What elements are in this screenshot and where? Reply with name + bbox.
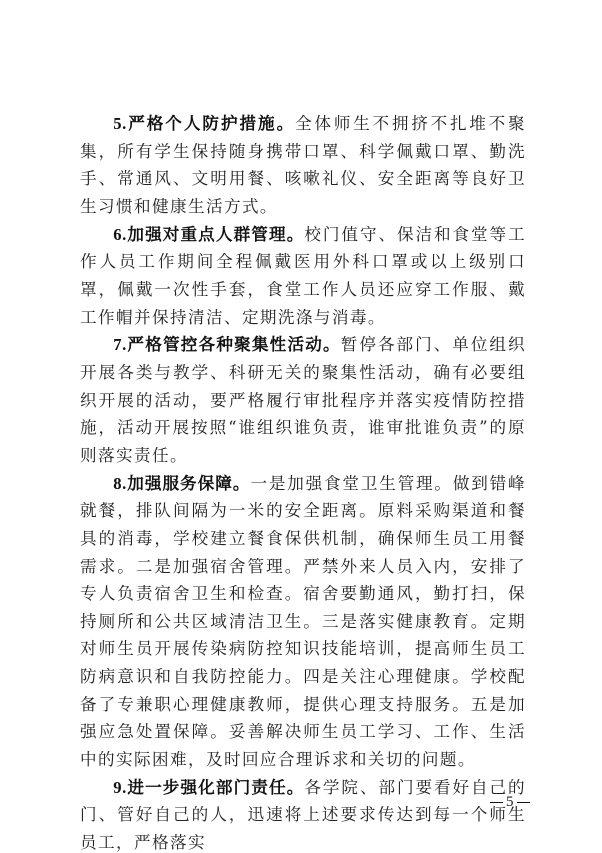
document-page: 5.严格个人防护措施。全体师生不拥挤不扎堆不聚集，所有学生保持随身携带口罩、科学… — [80, 110, 526, 853]
paragraph-body: 暂停各部门、单位组织开展各类与教学、科研无关的聚集性活动，确有必要组织开展的活动… — [80, 335, 526, 465]
paragraph-heading: 7.严格管控各种聚集性活动。 — [113, 335, 341, 354]
paragraph-heading: 8.加强服务保障。 — [113, 474, 250, 493]
paragraph-5: 5.严格个人防护措施。全体师生不拥挤不扎堆不聚集，所有学生保持随身携带口罩、科学… — [80, 110, 526, 221]
paragraph-body: 一是加强食堂卫生管理。做到错峰就餐，排队间隔为一米的安全距离。原料采购渠道和餐具… — [80, 474, 526, 770]
paragraph-7: 7.严格管控各种聚集性活动。暂停各部门、单位组织开展各类与教学、科研无关的聚集性… — [80, 331, 526, 469]
paragraph-6: 6.加强对重点人群管理。校门值守、保洁和食堂等工作人员工作期间全程佩戴医用外科口… — [80, 221, 526, 332]
page-number: 5 — [490, 794, 530, 811]
paragraph-number: 8. — [113, 474, 127, 493]
paragraph-heading: 5.严格个人防护措施。 — [113, 114, 295, 133]
paragraph-8: 8.加强服务保障。一是加强食堂卫生管理。做到错峰就餐，排队间隔为一米的安全距离。… — [80, 470, 526, 774]
paragraph-number: 7. — [113, 335, 127, 354]
paragraph-number: 6. — [113, 225, 127, 244]
page-number-value: 5 — [506, 794, 514, 811]
dash-left — [490, 802, 503, 804]
paragraph-number: 5. — [113, 114, 127, 133]
paragraph-heading: 9.进一步强化部门责任。 — [113, 778, 304, 797]
paragraph-9: 9.进一步强化部门责任。各学院、部门要看好自己的门、管好自己的人，迅速将上述要求… — [80, 774, 526, 853]
paragraph-number: 9. — [113, 778, 127, 797]
paragraph-heading: 6.加强对重点人群管理。 — [113, 225, 304, 244]
dash-right — [517, 802, 530, 804]
